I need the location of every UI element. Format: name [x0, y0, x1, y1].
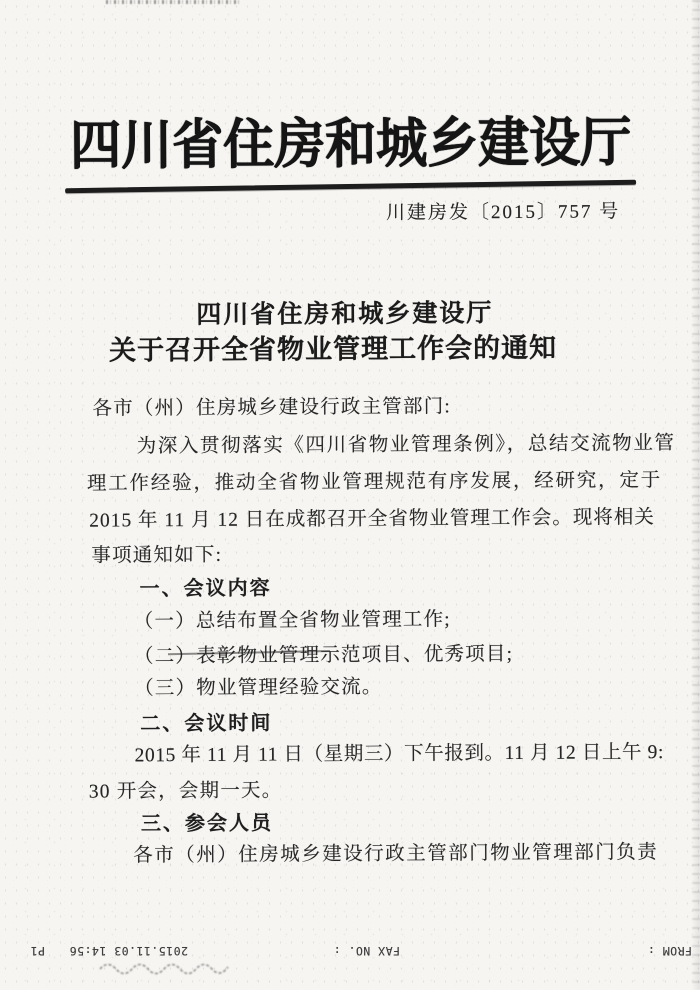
scan-content: 四川省住房和城乡建设厅 川建房发〔2015〕757 号 四川省住房和城乡建设厅 … [0, 0, 700, 990]
section-1-item-1: （一）总结布置全省物业管理工作; [134, 603, 451, 633]
section-3-line-1: 各市（州）住房城乡建设行政主管部门物业管理部门负责 [133, 836, 658, 867]
section-3-heading: 三、参会人员 [141, 806, 273, 836]
intro-line-4: 事项通知如下: [91, 539, 222, 568]
section-1-heading: 一、会议内容 [139, 571, 271, 601]
section-2-heading: 二、会议时间 [140, 706, 272, 736]
ink-scribble-artifact [95, 956, 245, 978]
section-1-item-3: （三）物业管理经验交流。 [134, 671, 383, 701]
section-2-line-1: 2015 年 11 月 11 日（星期三）下午报到。11 月 12 日上午 9: [134, 736, 664, 767]
intro-line-2: 理工作经验，推动全省物业管理规范有序发展，经研究，定于 [87, 464, 662, 496]
salutation-line: 各市（州）住房城乡建设行政主管部门: [92, 390, 451, 420]
intro-line-3: 2015 年 11 月 12 日在成都召开全省物业管理工作会。现将相关 [89, 501, 655, 532]
letterhead-rule [65, 180, 636, 193]
scanned-fax-document: { "document": { "letterhead": { "agency"… [0, 0, 700, 990]
intro-line-1: 为深入贯彻落实《四川省物业管理条例》，总结交流物业管 [137, 427, 676, 458]
fax-from-label: FROM : [647, 944, 692, 958]
section-2-line-2: 30 开会，会期一天。 [89, 774, 283, 803]
fax-number-label: FAX NO. : [333, 944, 400, 958]
fax-page-indicator: P1 [30, 944, 45, 958]
document-number: 川建房发〔2015〕757 号 [318, 196, 620, 225]
scan-edge-smudge [106, 0, 240, 4]
letterhead-agency-title: 四川省住房和城乡建设厅 [70, 98, 631, 180]
notice-title-line2: 关于召开全省物业管理工作会的通知 [0, 325, 667, 368]
